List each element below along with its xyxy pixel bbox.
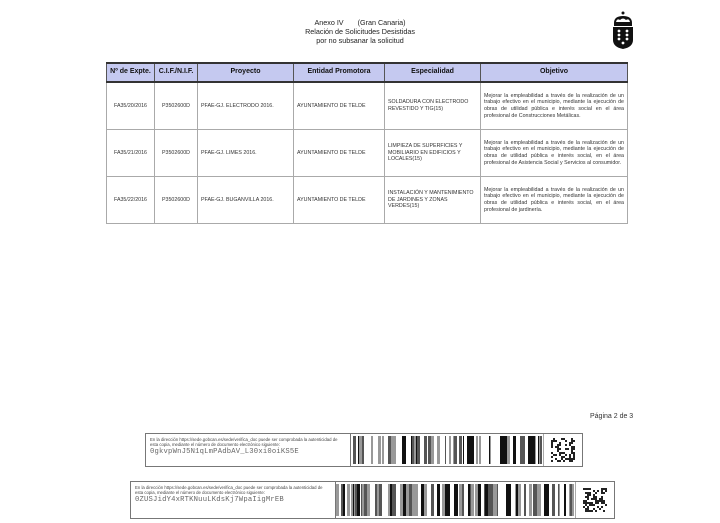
verification-stamp: En la dirección https://sede.gobcan.es/s… bbox=[130, 481, 615, 519]
page-number: Página 2 de 3 bbox=[590, 413, 633, 420]
table-row: FA35/21/2016 P3502600D PFAE-GJ. LIMES 20… bbox=[107, 130, 628, 177]
cell-entidad: AYUNTAMIENTO DE TELDE bbox=[294, 177, 385, 224]
cell-objetivo: Mejorar la empleabilidad a través de la … bbox=[481, 130, 628, 177]
verification-text: En la dirección https://sede.gobcan.es/s… bbox=[150, 437, 346, 447]
cell-especialidad: SOLDADURA CON ELECTRODO REVESTIDO Y TIG(… bbox=[385, 82, 481, 130]
cell-especialidad: INSTALACIÓN Y MANTENIMIENTO DE JARDINES … bbox=[385, 177, 481, 224]
column-header-objetivo: Objetivo bbox=[481, 63, 628, 82]
document-code: 0ZUSJidY4xRTKNuuLKdsKj7WpaIigMrEB bbox=[135, 496, 331, 505]
column-header-especialidad: Especialidad bbox=[385, 63, 481, 82]
title-line-2: por no subsanar la solicitud bbox=[260, 36, 460, 45]
verification-text: En la dirección https://sede.gobcan.es/s… bbox=[135, 485, 331, 495]
cell-objetivo: Mejorar la empleabilidad a través de la … bbox=[481, 177, 628, 224]
column-header-proyecto: Proyecto bbox=[198, 63, 294, 82]
annex-line: Anexo IV(Gran Canaria) bbox=[260, 18, 460, 27]
barcode-icon bbox=[335, 482, 575, 518]
verification-text-block: En la dirección https://sede.gobcan.es/s… bbox=[146, 434, 350, 466]
table-header-row: Nº de Expte. C.I.F./N.I.F. Proyecto Enti… bbox=[107, 63, 628, 82]
column-header-expediente: Nº de Expte. bbox=[107, 63, 155, 82]
withdrawn-requests-table: Nº de Expte. C.I.F./N.I.F. Proyecto Enti… bbox=[106, 62, 628, 224]
qr-code-icon bbox=[543, 434, 582, 466]
document-code: 0gkvpWnJ5N1qLmPAdbAV_L30xi0oiKS5E bbox=[150, 448, 346, 457]
cell-proyecto: PFAE-GJ. BUGANVILLA 2016. bbox=[198, 177, 294, 224]
cell-cif: P3502600D bbox=[155, 130, 198, 177]
cell-expediente: FA35/20/2016 bbox=[107, 82, 155, 130]
cell-entidad: AYUNTAMIENTO DE TELDE bbox=[294, 82, 385, 130]
document-header: Anexo IV(Gran Canaria) Relación de Solic… bbox=[260, 18, 460, 45]
table-row: FA35/20/2016 P3502600D PFAE-GJ. ELECTROD… bbox=[107, 82, 628, 130]
title-line-1: Relación de Solicitudes Desistidas bbox=[260, 27, 460, 36]
cell-objetivo: Mejorar la empleabilidad a través de la … bbox=[481, 82, 628, 130]
cell-expediente: FA35/21/2016 bbox=[107, 130, 155, 177]
cell-entidad: AYUNTAMIENTO DE TELDE bbox=[294, 130, 385, 177]
cell-cif: P3502600D bbox=[155, 82, 198, 130]
cell-cif: P3502600D bbox=[155, 177, 198, 224]
region-label: (Gran Canaria) bbox=[358, 18, 406, 27]
canary-islands-crest-icon bbox=[608, 10, 638, 50]
qr-code-icon bbox=[575, 482, 614, 518]
cell-proyecto: PFAE-GJ. LIMES 2016. bbox=[198, 130, 294, 177]
verification-stamp: En la dirección https://sede.gobcan.es/s… bbox=[145, 433, 583, 467]
barcode-icon bbox=[350, 434, 543, 466]
column-header-cif: C.I.F./N.I.F. bbox=[155, 63, 198, 82]
table-row: FA35/22/2016 P3502600D PFAE-GJ. BUGANVIL… bbox=[107, 177, 628, 224]
cell-expediente: FA35/22/2016 bbox=[107, 177, 155, 224]
column-header-entidad: Entidad Promotora bbox=[294, 63, 385, 82]
verification-text-block: En la dirección https://sede.gobcan.es/s… bbox=[131, 482, 335, 518]
cell-proyecto: PFAE-GJ. ELECTRODO 2016. bbox=[198, 82, 294, 130]
cell-especialidad: LIMPIEZA DE SUPERFICIES Y MOBILIARIO EN … bbox=[385, 130, 481, 177]
annex-label: Anexo IV bbox=[314, 18, 343, 27]
